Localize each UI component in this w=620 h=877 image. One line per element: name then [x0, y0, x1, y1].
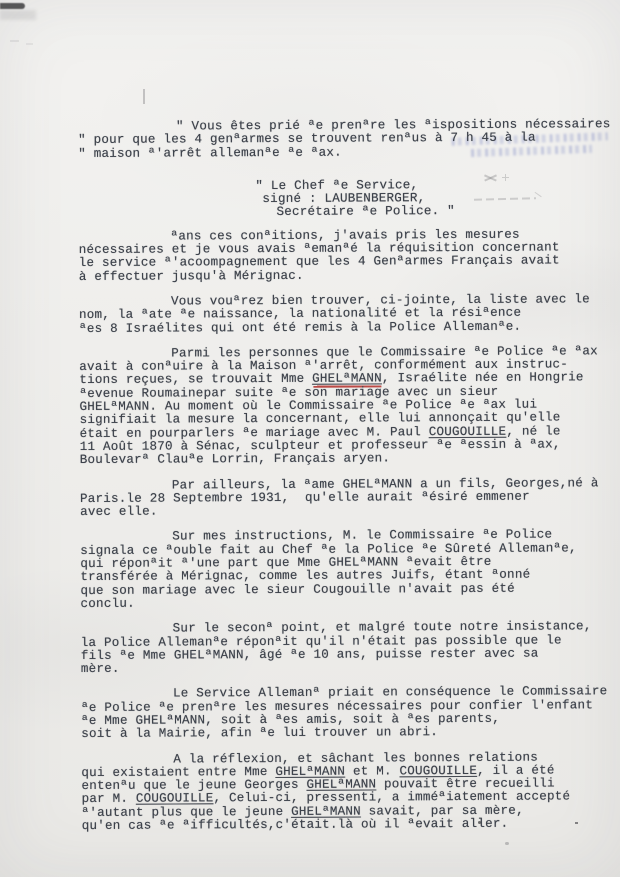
document-line: avec elle.	[80, 503, 620, 519]
document-line: conclu.	[80, 595, 620, 611]
document-line: le service ª'acoompagnement que les 4 Ge…	[79, 255, 619, 271]
corner-smudge-light	[0, 10, 36, 20]
underlined-name: COUGOUILLE	[399, 764, 477, 778]
typewritten-paragraph: Sur le seconª point, et malgré toute not…	[81, 620, 620, 676]
typewritten-paragraph: Par ailleurs, la ªame GHELªMANN a un fil…	[80, 477, 620, 520]
document-line: qu'en cas ªe ªifficultés,c'était.là où i…	[82, 817, 620, 833]
document-line: mère.	[81, 660, 620, 676]
typewritten-paragraph: Le Service Allemanª priait en conséquenc…	[81, 686, 620, 742]
typewritten-letter-body: " Vous êtes prié ªe prenªre les ªisposit…	[78, 118, 620, 845]
typewritten-paragraph: Vous vouªrez bien trouver, ci-jointe, la…	[79, 293, 619, 336]
vertical-scan-mark	[143, 89, 145, 104]
underlined-name: GHELªMANN	[312, 372, 382, 386]
document-line: ªes 8 Israélites qui ont été remis à la …	[79, 320, 619, 336]
typewritten-paragraph: ªans ces conªitions, j'avais pris les me…	[79, 228, 619, 284]
letter-paragraphs: ªans ces conªitions, j'avais pris les me…	[79, 228, 620, 833]
corner-smudge-dark	[0, 3, 25, 9]
margin-pencil-tick	[26, 43, 33, 45]
signature-block: " Le Chef ªe Service,signé : LAUBENBERGE…	[78, 178, 618, 221]
underlined-name: GHELªMANN	[275, 764, 345, 778]
document-line: Boulevarª Clauªe Lorrin, Français aryen.	[80, 451, 620, 467]
document-line: à effectuer jusqu'à Mérignac.	[79, 268, 619, 284]
document-line: " maison ª'arrêt allemanªe ªe ªax.	[78, 145, 618, 161]
underlined-name: COUGOUILLE	[429, 424, 507, 438]
document-line: soit à la Mairie, afin ªe lui trouver un…	[81, 725, 620, 741]
underlined-name: GHELªMANN	[306, 778, 376, 792]
typewritten-paragraph: Parmi les personnes que le Commissaire ª…	[79, 345, 620, 467]
typewritten-paragraph: Sur mes instructions, M. le Commissaire …	[80, 529, 620, 612]
typewritten-paragraph: A la réflexion, et sâchant les bonnes re…	[81, 751, 620, 834]
margin-pencil-tick	[10, 40, 19, 42]
scanned-document-page: { "colors": { "paper": "#ecebe8", "ink":…	[0, 0, 620, 877]
underlined-name: COUGOUILLE	[136, 792, 214, 806]
document-line: Secrétaire ªe Police. "	[78, 205, 618, 221]
quoted-order-block: " Vous êtes prié ªe prenªre les ªisposit…	[78, 118, 618, 161]
underlined-name: GHELªMANN	[291, 804, 361, 818]
